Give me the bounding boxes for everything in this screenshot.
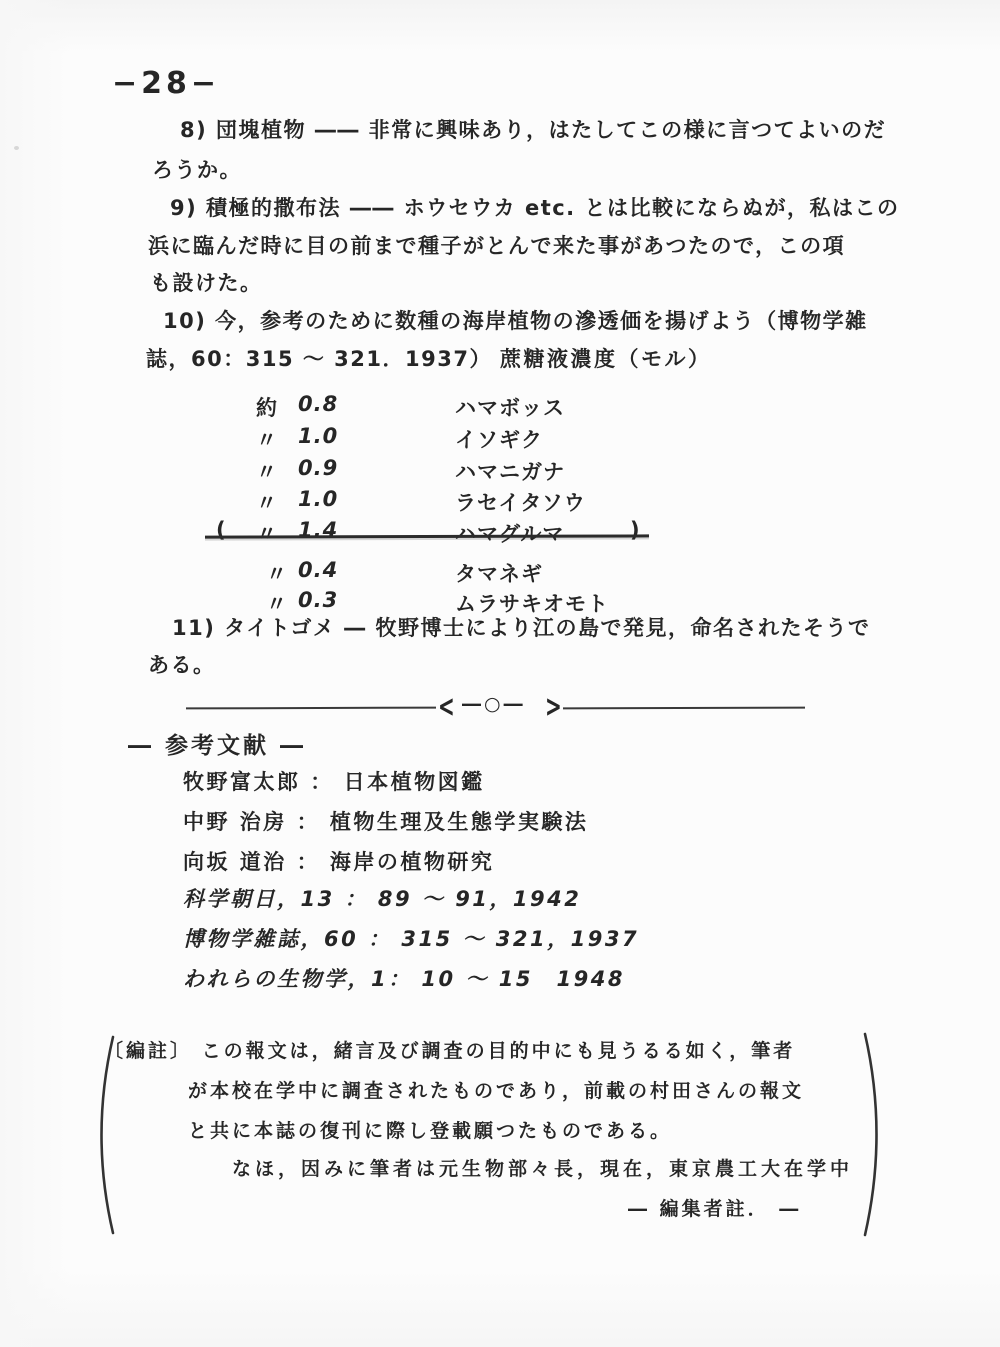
divider-left-line xyxy=(186,707,436,710)
row-plant-name: ラセイタソウ xyxy=(455,487,586,517)
divider-right-line xyxy=(563,707,805,710)
sucrose-concentration-label: 蔗糖液濃度（モル） xyxy=(500,347,712,372)
row-value: 1.0 xyxy=(298,487,338,511)
divider-center-ornament: ―○― xyxy=(462,693,526,715)
row-prefix: 〃 xyxy=(256,518,278,548)
editor-note-signature: ― 編集者註． ― xyxy=(628,1198,801,1221)
row-plant-name: ハマグルマ xyxy=(455,518,564,548)
left-parenthesis-icon xyxy=(86,1034,118,1236)
osmotic-table-row: 〃 0.9 ハマニガナ xyxy=(200,456,680,486)
document-page: −28− 8) 団塊植物 ―― 非常に興味あり，はたしてこの様に言つてよいのだ … xyxy=(0,0,1000,1347)
reference-entry: 向坂 道治 ： 海岸の植物研究 xyxy=(183,850,494,875)
reference-entry: われらの生物学，1： 10 ～ 15 1948 xyxy=(183,967,625,992)
reference-entry: 博物学雑誌，60 ： 315 ～ 321，1937 xyxy=(183,927,639,952)
right-parenthesis-icon xyxy=(860,1031,892,1238)
row-plant-name: イソギク xyxy=(455,424,543,454)
row-value: 0.4 xyxy=(298,558,338,582)
row-value: 0.3 xyxy=(298,588,338,612)
row-plant-name: ムラサキオモト xyxy=(455,588,609,618)
row-prefix: 〃 xyxy=(256,487,278,517)
row-prefix: 〃 xyxy=(256,456,278,486)
osmotic-table-row: 約 0.8 ハマボッス xyxy=(200,392,680,422)
scan-speck xyxy=(14,146,19,150)
row-prefix: 〃 xyxy=(266,558,288,588)
editor-note-line: と共に本誌の復刊に際し登載願つたものである。 xyxy=(188,1120,672,1143)
page-number: −28− xyxy=(112,66,220,102)
row-prefix: 〃 xyxy=(266,588,288,618)
osmotic-table-row: 〃 0.3 ムラサキオモト xyxy=(200,588,680,618)
osmotic-table-row: 〃 1.0 ラセイタソウ xyxy=(200,487,680,517)
editor-note-line: 〔編註〕 この報文は，緒言及び調査の目的中にも見うるる如く，筆者 xyxy=(104,1040,795,1063)
osmotic-table-row: 〃 1.0 イソギク xyxy=(200,424,680,454)
item11-line2: ある。 xyxy=(148,653,216,678)
item10-line1: 10) 今，参考のために数種の海岸植物の滲透価を揚げよう（博物学雑 xyxy=(163,309,868,334)
item11-line1: 11) タイトゴメ ― 牧野博士により江の島で発見，命名されたそうで xyxy=(172,616,871,641)
row-plant-name: タマネギ xyxy=(455,558,543,588)
row-plant-name: ハマニガナ xyxy=(455,456,565,486)
osmotic-table-row: 〃 0.4 タマネギ xyxy=(200,558,680,588)
item9-line3: も設けた。 xyxy=(150,271,263,296)
item10-line2: 誌，60：315 ～ 321．1937） xyxy=(146,347,492,372)
editor-note-line: なほ，因みに筆者は元生物部々長，現在，東京農工大在学中 xyxy=(232,1158,853,1181)
item8-line1: 8) 団塊植物 ―― 非常に興味あり，はたしてこの様に言つてよいのだ xyxy=(180,118,886,143)
editor-note-line: が本校在学中に調査されたものであり，前載の村田さんの報文 xyxy=(188,1080,804,1103)
reference-entry: 中野 治房 ： 植物生理及生態学実験法 xyxy=(183,810,588,835)
row-prefix: 約 xyxy=(256,392,278,422)
row-prefix: 〃 xyxy=(256,424,278,454)
row-value: 1.4 xyxy=(298,518,338,542)
scan-shading-left xyxy=(0,0,70,1347)
osmotic-table-row-bracketed: ( 〃 1.4 ハマグルマ ) xyxy=(200,518,680,548)
close-paren: ) xyxy=(630,518,641,542)
row-value: 0.9 xyxy=(298,456,338,480)
reference-entry: 科学朝日，13 ： 89 ～ 91，1942 xyxy=(183,887,581,912)
item9-line1: 9) 積極的撒布法 ―― ホウセウカ etc. とは比較にならぬが，私はこの xyxy=(170,196,899,221)
item8-line2: ろうか。 xyxy=(152,158,242,183)
item9-line2: 浜に臨んだ時に目の前まで種子がとんで来た事があつたので，この項 xyxy=(148,234,845,259)
scan-shading-top xyxy=(0,0,1000,60)
divider-left-arrow-icon: < xyxy=(438,688,455,724)
row-value: 1.0 xyxy=(298,424,338,448)
row-value: 0.8 xyxy=(298,392,338,416)
reference-entry: 牧野富太郎 ： 日本植物図鑑 xyxy=(183,770,485,795)
scan-shading-bottom xyxy=(0,1267,1000,1347)
open-paren: ( xyxy=(216,518,227,542)
row-plant-name: ハマボッス xyxy=(455,392,565,422)
references-heading: ― 参考文献 ― xyxy=(128,733,306,761)
divider-right-arrow-icon: > xyxy=(545,688,562,724)
